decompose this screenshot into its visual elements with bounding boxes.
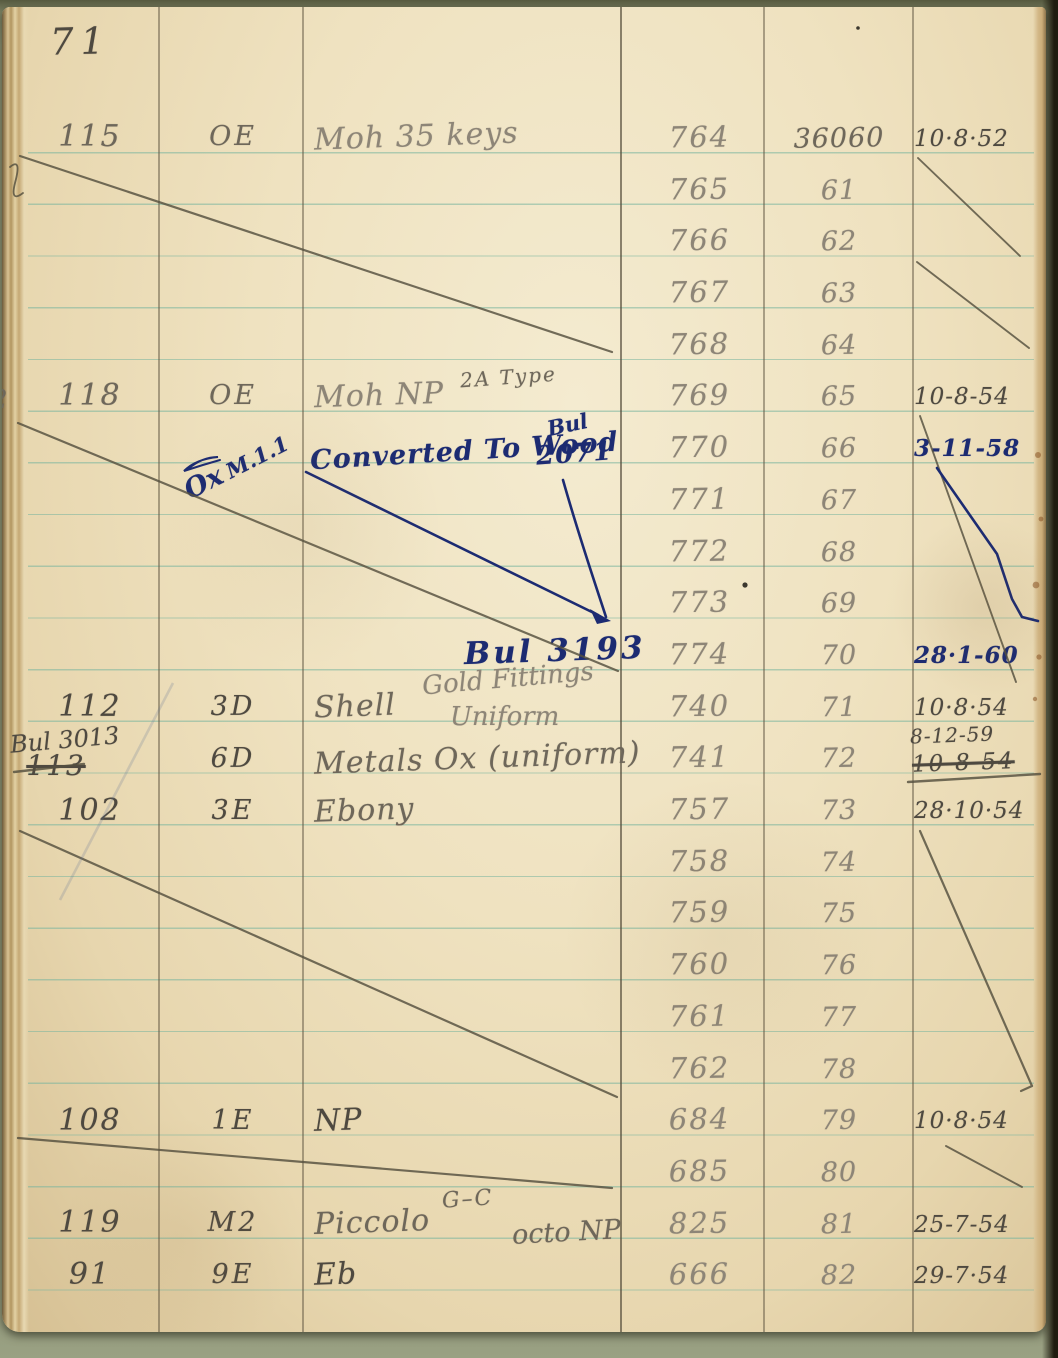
class-code: 3D <box>188 691 278 722</box>
serial-cell: 759 <box>637 894 763 930</box>
model-number: 119 <box>40 1205 140 1240</box>
model-number: 108 <box>40 1103 140 1138</box>
table-row: 766 62 <box>2 213 1046 257</box>
model-number: 118 <box>40 378 140 413</box>
serial-cell: 774 <box>637 636 763 672</box>
ledger-entry: 118 OE Moh NP 2A Type <box>2 365 1046 413</box>
serial-cell: 765 <box>637 171 763 207</box>
class-code: 9E <box>188 1259 278 1290</box>
class-code: 1E <box>188 1105 278 1136</box>
class-code: 6D <box>188 743 278 774</box>
class-code: 3E <box>188 795 278 826</box>
number-cell: 69 <box>774 587 905 620</box>
table-row: 771 67 <box>2 472 1046 516</box>
table-row: 761 77 <box>2 989 1046 1033</box>
number-cell: 75 <box>774 897 905 930</box>
serial-cell: 771 <box>637 481 763 517</box>
ledger-entry: 119 M2 Piccolo G–C octo NP <box>2 1192 1046 1240</box>
serial-cell: 772 <box>637 533 763 569</box>
description: Metals Ox (uniform) <box>313 735 641 781</box>
table-row: 773 69 <box>2 575 1046 619</box>
model-number: 91 <box>40 1257 140 1292</box>
table-row: 759 75 <box>2 885 1046 929</box>
number-cell: 70 <box>774 639 905 672</box>
serial-cell: 762 <box>637 1050 763 1086</box>
ledger-entry: 112 3D Shell Gold Fittings Uniform <box>2 676 1046 724</box>
table-row: 768 64 <box>2 317 1046 361</box>
serial-cell: 770 <box>637 429 763 465</box>
serial-cell: 773 <box>637 584 763 620</box>
photo-background: 71 2 764 36060 10·8·52 765 61 766 62 767… <box>0 0 1058 1358</box>
bulletin-note: Bul 3193 <box>463 630 646 672</box>
table-row: 685 80 <box>2 1144 1046 1188</box>
number-cell: 76 <box>774 949 905 982</box>
serial-cell: 758 <box>637 843 763 879</box>
number-cell: 74 <box>774 846 905 879</box>
model-number: 102 <box>40 793 140 828</box>
description: Eb <box>313 1256 357 1292</box>
class-code: OE <box>188 380 278 411</box>
converted-ref-number: 2071 <box>535 436 613 471</box>
serial-cell: 766 <box>637 222 763 258</box>
number-cell: 67 <box>774 484 905 517</box>
number-cell: 78 <box>774 1053 905 1086</box>
number-cell: 64 <box>774 329 905 362</box>
ledger-entry: 102 3E Ebony <box>2 780 1046 828</box>
number-cell: 66 <box>774 432 905 465</box>
number-cell: 68 <box>774 536 905 569</box>
serial-cell: 760 <box>637 946 763 982</box>
description: Ebony <box>313 791 415 829</box>
table-row: 767 63 <box>2 265 1046 309</box>
serial-cell: 685 <box>637 1153 763 1189</box>
description: Moh NP <box>313 376 444 416</box>
number-cell: 77 <box>774 1001 905 1034</box>
description: Moh 35 keys <box>313 115 519 157</box>
ledger-page: 71 2 764 36060 10·8·52 765 61 766 62 767… <box>2 7 1046 1332</box>
number-cell: 61 <box>774 174 905 207</box>
number-cell: 80 <box>774 1156 905 1189</box>
serial-cell: 761 <box>637 998 763 1034</box>
ledger-entry: 108 1E NP <box>2 1090 1046 1138</box>
class-code: OE <box>188 121 278 152</box>
number-cell: 63 <box>774 277 905 310</box>
model-number: 112 <box>40 689 140 724</box>
description-superscript: 2A Type <box>459 362 557 393</box>
serial-cell: 768 <box>637 326 763 362</box>
model-number: 115 <box>40 119 140 154</box>
date-cell-ink: 3-11-58 <box>914 435 1020 462</box>
class-code: M2 <box>188 1207 278 1238</box>
serial-cell: 767 <box>637 274 763 310</box>
date-cell-ink: 28·1-60 <box>914 642 1019 669</box>
ledger-entry: Bul 3013 113 6D Metals Ox (uniform) <box>2 728 1046 776</box>
table-row: 762 78 <box>2 1041 1046 1085</box>
table-row: 765 61 <box>2 162 1046 206</box>
description: NP <box>313 1102 363 1139</box>
number-cell: 62 <box>774 225 905 258</box>
description: Shell <box>313 688 396 726</box>
description-superscript: G–C <box>441 1185 494 1214</box>
model-number-struck: 113 <box>16 749 96 782</box>
ledger-entry: 115 OE Moh 35 keys <box>2 106 1046 154</box>
table-row: 760 76 <box>2 937 1046 981</box>
description: Piccolo <box>313 1203 430 1242</box>
page-number: 71 <box>49 19 111 64</box>
table-row: 772 68 <box>2 524 1046 568</box>
table-row: 758 74 <box>2 834 1046 878</box>
ledger-entry: 91 9E Eb <box>2 1244 1046 1292</box>
